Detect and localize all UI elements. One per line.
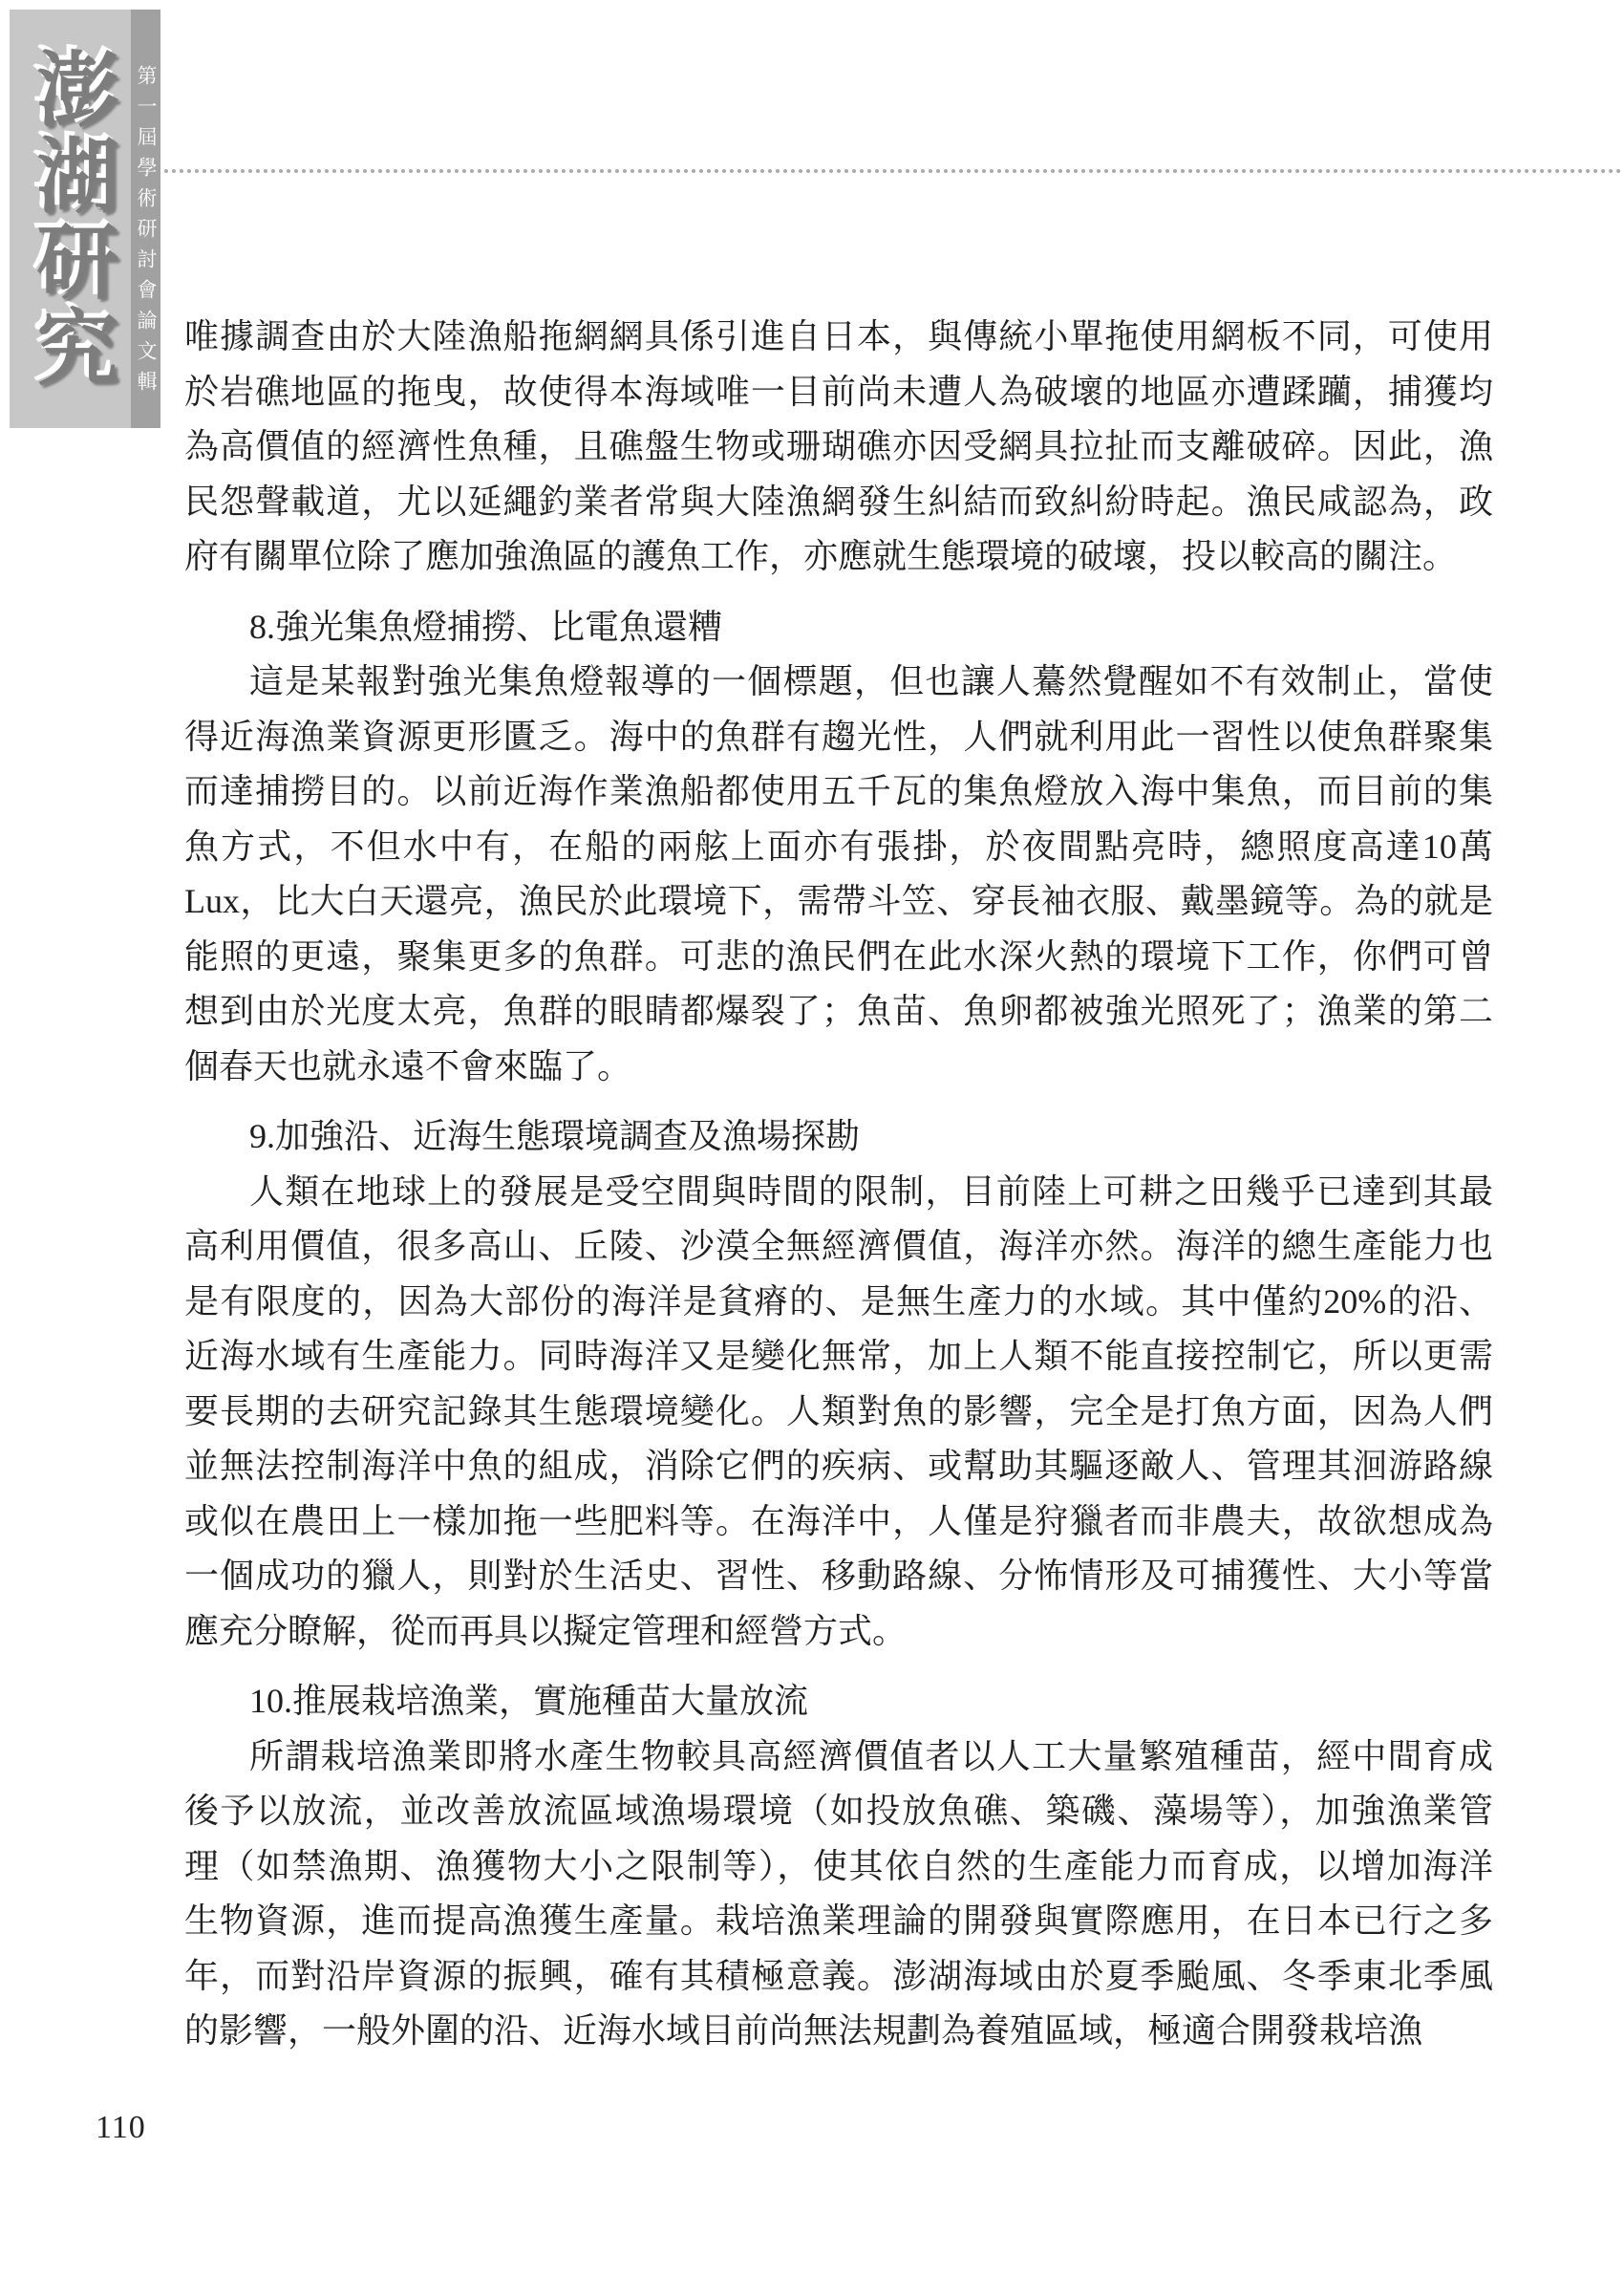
text-line: 為高價值的經濟性魚種，且礁盤生物或珊瑚礁亦因受網具拉扯而支離破碎。因此，漁 bbox=[184, 419, 1493, 475]
text-line: 或似在農田上一樣加拖一些肥料等。在海洋中，人僅是狩獵者而非農夫，故欲想成為 bbox=[184, 1494, 1493, 1550]
series-title: 澎湖研究 bbox=[30, 47, 112, 391]
page-number: 110 bbox=[96, 2110, 146, 2146]
text-line: 近海水域有生產能力。同時海洋又是變化無常，加上人類不能直接控制它，所以更需 bbox=[184, 1329, 1493, 1385]
section-heading: 9.加強沿、近海生態環境調查及漁場探勘 bbox=[184, 1109, 1493, 1165]
body-text: 唯據調查由於大陸漁船拖網網具係引進自日本，與傳統小單拖使用網板不同，可使用於岩礁… bbox=[184, 310, 1493, 2059]
text-line: 這是某報對強光集魚燈報導的一個標題，但也讓人驀然覺醒如不有效制止，當使 bbox=[184, 655, 1493, 710]
text-line: Lux，比大白天還亮，漁民於此環境下，需帶斗笠、穿長袖衣服、戴墨鏡等。為的就是 bbox=[184, 874, 1493, 930]
text-line: 唯據調查由於大陸漁船拖網網具係引進自日本，與傳統小單拖使用網板不同，可使用 bbox=[184, 310, 1493, 365]
text-line: 生物資源，進而提高漁獲生產量。栽培漁業理論的開發與實際應用，在日本已行之多 bbox=[184, 1894, 1493, 1949]
section-heading: 10.推展栽培漁業，實施種苗大量放流 bbox=[184, 1674, 1493, 1729]
text-line: 後予以放流，並改善放流區域漁場環境（如投放魚礁、築磯、藻場等），加強漁業管 bbox=[184, 1784, 1493, 1839]
text-line: 民怨聲載道，尤以延繩釣業者常與大陸漁網發生糾結而致糾紛時起。漁民咸認為，政 bbox=[184, 475, 1493, 530]
text-line: 理（如禁漁期、漁獲物大小之限制等），使其依自然的生產能力而育成，以增加海洋 bbox=[184, 1839, 1493, 1895]
text-line: 所謂栽培漁業即將水產生物較具高經濟價值者以人工大量繁殖種苗，經中間育成 bbox=[184, 1729, 1493, 1785]
text-line: 府有關單位除了應加強漁區的護魚工作，亦應就生態環境的破壞，投以較高的關注。 bbox=[184, 529, 1493, 585]
text-line: 而達捕撈目的。以前近海作業漁船都使用五千瓦的集魚燈放入海中集魚，而目前的集 bbox=[184, 764, 1493, 820]
text-line: 的影響，一般外圍的沿、近海水域目前尚無法規劃為養殖區域，極適合開發栽培漁 bbox=[184, 2004, 1493, 2059]
series-subtitle-strip: 第一屆學術研討會論文輯 bbox=[131, 10, 160, 428]
text-line: 並無法控制海洋中魚的組成，消除它們的疾病、或幫助其驅逐敵人、管理其洄游路線 bbox=[184, 1439, 1493, 1494]
text-line: 得近海漁業資源更形匱乏。海中的魚群有趨光性，人們就利用此一習性以使魚群聚集 bbox=[184, 710, 1493, 765]
text-line: 於岩礁地區的拖曳，故使得本海域唯一目前尚未遭人為破壞的地區亦遭蹂躪，捕獲均 bbox=[184, 365, 1493, 420]
series-subtitle: 第一屆學術研討會論文輯 bbox=[136, 65, 156, 401]
text-line: 能照的更遠，聚集更多的魚群。可悲的漁民們在此水深火熱的環境下工作，你們可曾 bbox=[184, 930, 1493, 985]
text-line: 一個成功的獵人，則對於生活史、習性、移動路線、分怖情形及可捕獲性、大小等當 bbox=[184, 1549, 1493, 1604]
series-title-block: 澎湖研究 bbox=[10, 10, 131, 428]
document-page: 澎湖研究 第一屆學術研討會論文輯 唯據調查由於大陸漁船拖網網具係引進自日本，與傳… bbox=[0, 0, 1624, 2277]
text-line: 個春天也就永遠不會來臨了。 bbox=[184, 1040, 1493, 1095]
text-line: 想到由於光度太亮，魚群的眼睛都爆裂了；魚苗、魚卵都被強光照死了；漁業的第二 bbox=[184, 984, 1493, 1040]
text-line: 人類在地球上的發展是受空間與時間的限制，目前陸上可耕之田幾乎已達到其最 bbox=[184, 1165, 1493, 1220]
section-heading: 8.強光集魚燈捕撈、比電魚還糟 bbox=[184, 600, 1493, 655]
text-line: 高利用價值，很多高山、丘陵、沙漠全無經濟價值，海洋亦然。海洋的總生產能力也 bbox=[184, 1219, 1493, 1275]
text-line: 是有限度的，因為大部份的海洋是貧瘠的、是無生產力的水域。其中僅約20%的沿、 bbox=[184, 1275, 1493, 1330]
text-line: 應充分瞭解，從而再具以擬定管理和經營方式。 bbox=[184, 1604, 1493, 1660]
text-line: 魚方式，不但水中有，在船的兩舷上面亦有張掛，於夜間點亮時，總照度高達10萬 bbox=[184, 820, 1493, 875]
text-line: 要長期的去研究記錄其生態環境變化。人類對魚的影響，完全是打魚方面，因為人們 bbox=[184, 1385, 1493, 1440]
dotted-separator bbox=[164, 169, 1622, 173]
text-line: 年，而對沿岸資源的振興，確有其積極意義。澎湖海域由於夏季颱風、冬季東北季風 bbox=[184, 1949, 1493, 2005]
